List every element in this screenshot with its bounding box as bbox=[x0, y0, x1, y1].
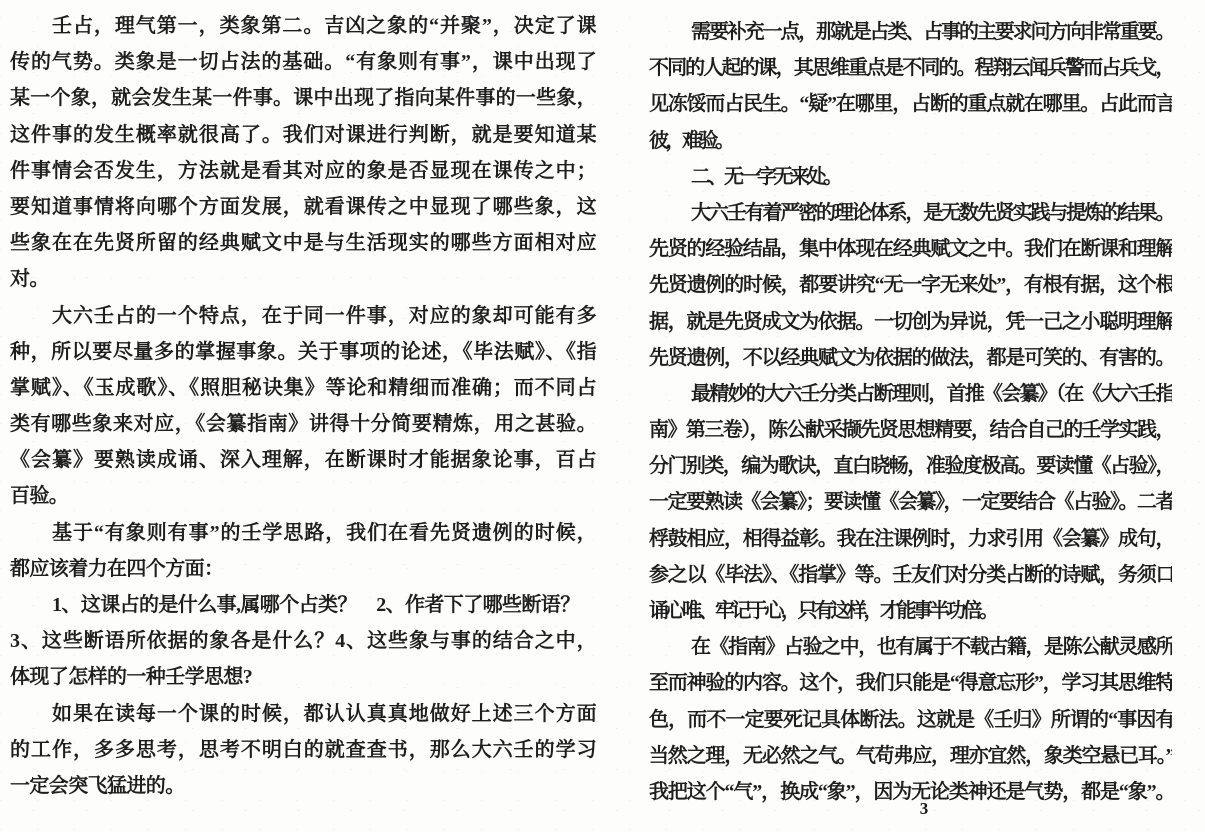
text-line: 都应该着力在四个方面： bbox=[10, 551, 596, 587]
text-line: 南》第三卷），陈公献采撷先贤思想精要，结合自己的壬学实践， bbox=[649, 412, 1172, 448]
book-spread-scan: 壬占，理气第一，类象第二。吉凶之象的“并聚”，决定了课 传的气势。类象是一切占法… bbox=[0, 0, 1205, 832]
text-line: 最精妙的大六壬分类占断理则，首推《会纂》（在《大六壬指 bbox=[649, 376, 1172, 412]
text-line: 大六壬有着严密的理论体系，是无数先贤实践与提炼的结果。 bbox=[649, 195, 1172, 231]
text-line: 至而神验的内容。这个，我们只能是“得意忘形”，学习其思维特 bbox=[649, 665, 1172, 701]
text-line: 据，就是先贤成文为依据。一切创为异说，凭一己之小聪明理解 bbox=[649, 304, 1172, 340]
text-line: 3、这些断语所依据的象各是什么？4、这些象与事的结合之中， bbox=[10, 623, 596, 659]
left-page: 壬占，理气第一，类象第二。吉凶之象的“并聚”，决定了课 传的气势。类象是一切占法… bbox=[10, 8, 596, 804]
text-line: 一定要熟读《会纂》；要读懂《会纂》，一定要结合《占验》。二者 bbox=[649, 484, 1172, 520]
text-line: 种，所以要尽量多的掌握事象。关于事项的论述，《毕法赋》、《指 bbox=[10, 334, 596, 370]
text-line: 先贤的经验结晶，集中体现在经典赋文之中。我们在断课和理解 bbox=[649, 231, 1172, 267]
text-line: 某一个象，就会发生某一件事。课中出现了指向某件事的一些象， bbox=[10, 80, 596, 116]
text-line: 传的气势。类象是一切占法的基础。“有象则有事”，课中出现了 bbox=[10, 44, 596, 80]
text-line: 先贤遗例的时候，都要讲究“无一字无来处”，有根有据，这个根 bbox=[649, 267, 1172, 303]
section-heading: 二、无一字无来处。 bbox=[649, 159, 1172, 195]
text-line: 当然之理，无必然之气。气苟弗应，理亦宜然，象类空悬已耳。” bbox=[649, 738, 1172, 774]
text-line: 一定会突飞猛进的。 bbox=[10, 768, 596, 804]
text-line: 体现了怎样的一种壬学思想? bbox=[10, 659, 596, 695]
text-line: 1、这课占的是什么事,属哪个占类？ 2、作者下了哪些断语？ bbox=[10, 587, 596, 623]
text-line: 这件事的发生概率就很高了。我们对课进行判断，就是要知道某 bbox=[10, 117, 596, 153]
right-page: 需要补充一点，那就是占类、占事的主要求问方向非常重要。 不同的人起的课，其思维重… bbox=[649, 14, 1172, 810]
text-line: 基于“有象则有事”的壬学思路，我们在看先贤遗例的时候， bbox=[10, 515, 596, 551]
text-line: 件事情会否发生，方法就是看其对应的象是否显现在课传之中； bbox=[10, 153, 596, 189]
text-line: 大六壬占的一个特点，在于同一件事，对应的象却可能有多 bbox=[10, 298, 596, 334]
text-line: 色，而不一定要死记具体断法。这就是《壬归》所谓的“事因有 bbox=[649, 702, 1172, 738]
text-line: 不同的人起的课，其思维重点是不同的。程翔云闻兵警而占兵戈， bbox=[649, 50, 1172, 86]
text-line: 彼，难验。 bbox=[649, 123, 1172, 159]
text-line: 桴鼓相应，相得益彰。我在注课例时，力求引用《会纂》成句， bbox=[649, 521, 1172, 557]
text-line: 壬占，理气第一，类象第二。吉凶之象的“并聚”，决定了课 bbox=[10, 8, 596, 44]
text-line: 些象在在先贤所留的经典赋文中是与生活现实的哪些方面相对应 bbox=[10, 225, 596, 261]
text-line: 诵心唯、牢记于心，只有这样，才能事半功倍。 bbox=[649, 593, 1172, 629]
text-line: 要知道事情将向哪个方面发展，就看课传之中显现了哪些象，这 bbox=[10, 189, 596, 225]
text-line: 见冻馁而占民生。“疑”在哪里，占断的重点就在哪里。占此而言 bbox=[649, 86, 1172, 122]
text-line: 需要补充一点，那就是占类、占事的主要求问方向非常重要。 bbox=[649, 14, 1172, 50]
text-line: 在《指南》占验之中，也有属于不载古籍，是陈公献灵感所 bbox=[649, 629, 1172, 665]
text-line: 的工作，多多思考，思考不明白的就查查书，那么大六壬的学习 bbox=[10, 732, 596, 768]
text-line: 对。 bbox=[10, 261, 596, 297]
text-line: 类有哪些象来对应，《会纂指南》讲得十分简要精炼，用之甚验。 bbox=[10, 406, 596, 442]
text-line: 先贤遗例，不以经典赋文为依据的做法，都是可笑的、有害的。 bbox=[649, 340, 1172, 376]
text-line: 如果在读每一个课的时候，都认认真真地做好上述三个方面 bbox=[10, 696, 596, 732]
text-line: 参之以《毕法》、《指掌》等。壬友们对分类占断的诗赋，务须口 bbox=[649, 557, 1172, 593]
text-line: 分门别类，编为歌诀，直白晓畅，准验度极高。要读懂《占验》， bbox=[649, 448, 1172, 484]
text-line: 掌赋》、《玉成歌》、《照胆秘诀集》等论和精细而准确；而不同占 bbox=[10, 370, 596, 406]
text-line: 《会纂》要熟读成诵、深入理解，在断课时才能据象论事，百占 bbox=[10, 442, 596, 478]
page-number: 3 bbox=[904, 799, 944, 819]
text-line: 百验。 bbox=[10, 478, 596, 514]
